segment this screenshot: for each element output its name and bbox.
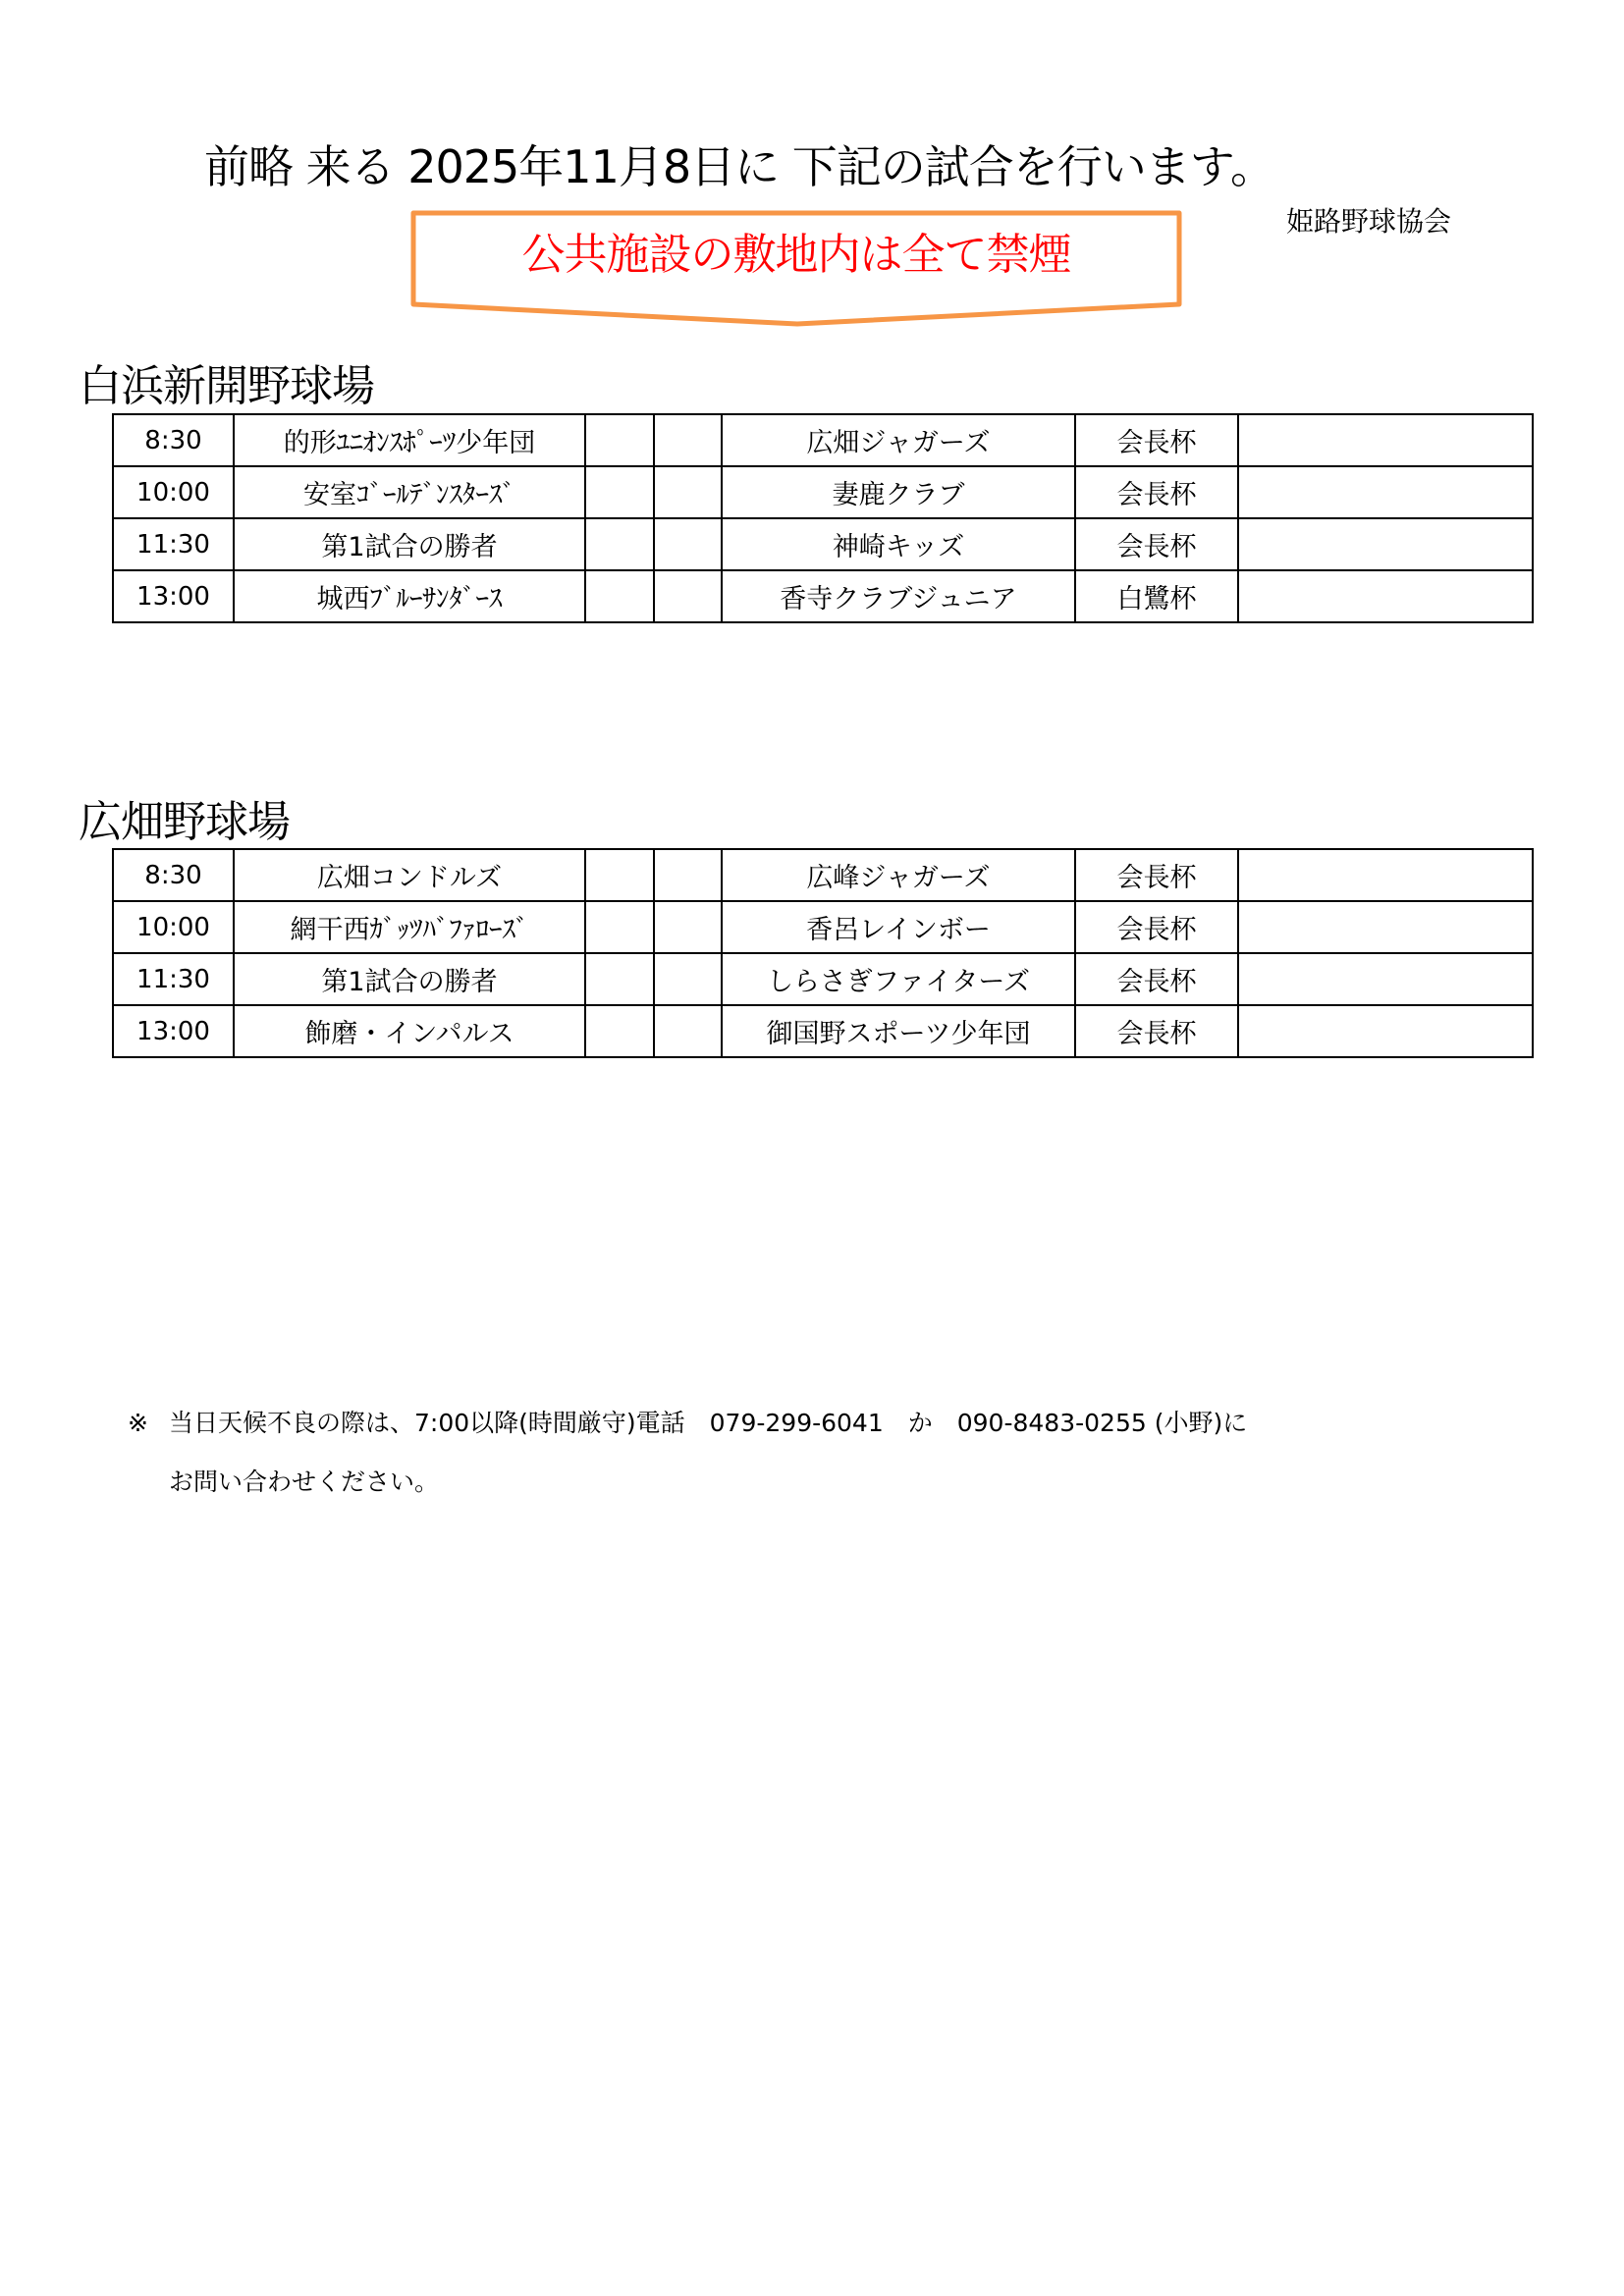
weather-note-line-2: お問い合わせください。 — [169, 1467, 439, 1498]
team-a: 第1試合の勝者 — [234, 953, 585, 1005]
venue-title-shirahama: 白浜新開野球場 — [79, 359, 374, 414]
table-row: 13:00 飾磨・インパルス 御国野スポーツ少年団 会長杯 — [113, 1005, 1533, 1057]
table-row: 11:30 第1試合の勝者 神崎キッズ 会長杯 — [113, 518, 1533, 570]
score-b — [654, 953, 722, 1005]
team-b: 神崎キッズ — [722, 518, 1075, 570]
notes-cell — [1238, 953, 1533, 1005]
team-b: 香呂レインボー — [722, 901, 1075, 953]
score-a — [585, 953, 654, 1005]
score-a — [585, 901, 654, 953]
table-row: 10:00 網干西ｶﾞｯﾂﾊﾞﾌｧﾛｰｽﾞ 香呂レインボー 会長杯 — [113, 901, 1533, 953]
cup-name: 白鷺杯 — [1075, 570, 1238, 622]
score-b — [654, 1005, 722, 1057]
game-time: 8:30 — [113, 414, 234, 466]
game-time: 13:00 — [113, 570, 234, 622]
team-b: 広畑ジャガーズ — [722, 414, 1075, 466]
cup-name: 会長杯 — [1075, 901, 1238, 953]
team-b: 広峰ジャガーズ — [722, 849, 1075, 901]
team-a: 網干西ｶﾞｯﾂﾊﾞﾌｧﾛｰｽﾞ — [234, 901, 585, 953]
organizer-name: 姫路野球協会 — [1286, 202, 1451, 241]
reference-mark: ※ — [128, 1408, 169, 1439]
notes-cell — [1238, 570, 1533, 622]
game-time: 8:30 — [113, 849, 234, 901]
table-row: 8:30 広畑コンドルズ 広峰ジャガーズ 会長杯 — [113, 849, 1533, 901]
score-b — [654, 849, 722, 901]
team-a: 飾磨・インパルス — [234, 1005, 585, 1057]
schedule-table-hirohata: 8:30 広畑コンドルズ 広峰ジャガーズ 会長杯 10:00 網干西ｶﾞｯﾂﾊﾞ… — [112, 848, 1534, 1058]
score-b — [654, 901, 722, 953]
notes-cell — [1238, 849, 1533, 901]
game-time: 10:00 — [113, 901, 234, 953]
venue-title-hirohata: 広畑野球場 — [79, 795, 290, 850]
cup-name: 会長杯 — [1075, 1005, 1238, 1057]
notes-cell — [1238, 518, 1533, 570]
no-smoking-banner: 公共施設の敷地内は全て禁煙 — [410, 210, 1182, 328]
score-a — [585, 1005, 654, 1057]
team-a: 広畑コンドルズ — [234, 849, 585, 901]
weather-note-text: 当日天候不良の際は、7:00以降(時間厳守)電話 079-299-6041 か … — [169, 1409, 1247, 1437]
game-time: 13:00 — [113, 1005, 234, 1057]
score-a — [585, 518, 654, 570]
team-b: 御国野スポーツ少年団 — [722, 1005, 1075, 1057]
notes-cell — [1238, 1005, 1533, 1057]
score-b — [654, 466, 722, 518]
notes-cell — [1238, 414, 1533, 466]
no-smoking-text: 公共施設の敷地内は全て禁煙 — [410, 228, 1182, 283]
cup-name: 会長杯 — [1075, 466, 1238, 518]
page-title: 前略 来る 2025年11月8日に 下記の試合を行います。 — [204, 135, 1422, 198]
notes-cell — [1238, 901, 1533, 953]
score-a — [585, 849, 654, 901]
weather-note-line-1: ※当日天候不良の際は、7:00以降(時間厳守)電話 079-299-6041 か… — [128, 1408, 1247, 1439]
schedule-table-shirahama: 8:30 的形ﾕﾆｵﾝｽﾎﾟｰﾂ少年団 広畑ジャガーズ 会長杯 10:00 安室… — [112, 413, 1534, 623]
score-b — [654, 518, 722, 570]
team-a: 城西ﾌﾞﾙｰｻﾝﾀﾞｰｽ — [234, 570, 585, 622]
cup-name: 会長杯 — [1075, 518, 1238, 570]
score-b — [654, 414, 722, 466]
cup-name: 会長杯 — [1075, 414, 1238, 466]
score-a — [585, 414, 654, 466]
team-b: 妻鹿クラブ — [722, 466, 1075, 518]
table-row: 8:30 的形ﾕﾆｵﾝｽﾎﾟｰﾂ少年団 広畑ジャガーズ 会長杯 — [113, 414, 1533, 466]
team-a: 第1試合の勝者 — [234, 518, 585, 570]
score-a — [585, 466, 654, 518]
game-time: 11:30 — [113, 953, 234, 1005]
score-a — [585, 570, 654, 622]
team-b: 香寺クラブジュニア — [722, 570, 1075, 622]
table-row: 10:00 安室ｺﾞｰﾙﾃﾞﾝｽﾀｰｽﾞ 妻鹿クラブ 会長杯 — [113, 466, 1533, 518]
cup-name: 会長杯 — [1075, 953, 1238, 1005]
table-row: 13:00 城西ﾌﾞﾙｰｻﾝﾀﾞｰｽ 香寺クラブジュニア 白鷺杯 — [113, 570, 1533, 622]
cup-name: 会長杯 — [1075, 849, 1238, 901]
game-time: 11:30 — [113, 518, 234, 570]
score-b — [654, 570, 722, 622]
table-row: 11:30 第1試合の勝者 しらさぎファイターズ 会長杯 — [113, 953, 1533, 1005]
team-b: しらさぎファイターズ — [722, 953, 1075, 1005]
game-time: 10:00 — [113, 466, 234, 518]
team-a: 的形ﾕﾆｵﾝｽﾎﾟｰﾂ少年団 — [234, 414, 585, 466]
notes-cell — [1238, 466, 1533, 518]
team-a: 安室ｺﾞｰﾙﾃﾞﾝｽﾀｰｽﾞ — [234, 466, 585, 518]
